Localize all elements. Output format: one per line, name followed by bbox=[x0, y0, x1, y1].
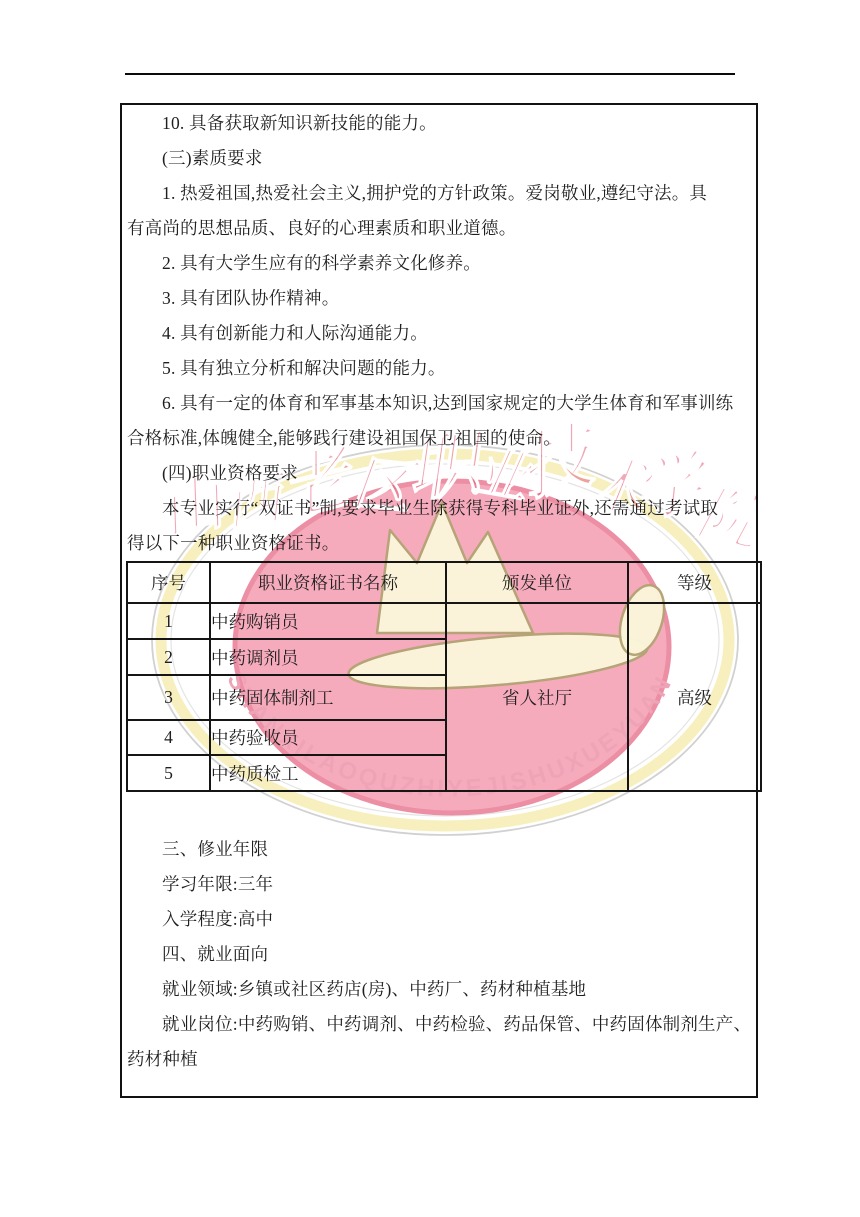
content-border-box: SHANXILAOQUZHIYEJISHUXUEYUAN 山 西 老 区 职 业… bbox=[120, 103, 758, 1098]
doc-line-employment-posts: 就业岗位:中药购销、中药调剂、中药检验、药品保管、中药固体制剂生产、 bbox=[127, 1007, 754, 1042]
cell-cert: 中药固体制剂工 bbox=[210, 675, 446, 720]
col-header-seq: 序号 bbox=[127, 562, 210, 603]
col-header-issuer: 颁发单位 bbox=[446, 562, 628, 603]
doc-line-quality-3: 3. 具有团队协作精神。 bbox=[127, 281, 754, 316]
cell-issuer-merged: 省人社厅 bbox=[446, 603, 628, 791]
doc-line-quality-1: 1. 热爱祖国,热爱社会主义,拥护党的方针政策。爱岗敬业,遵纪守法。具 bbox=[127, 176, 754, 211]
doc-line-employment-field: 就业领域:乡镇或社区药店(房)、中药厂、药材种植基地 bbox=[127, 972, 754, 1007]
doc-line-ability-10: 10. 具备获取新知识新技能的能力。 bbox=[127, 106, 754, 141]
cell-level-merged: 高级 bbox=[628, 603, 761, 791]
doc-line-quality-4: 4. 具有创新能力和人际沟通能力。 bbox=[127, 316, 754, 351]
cell-cert: 中药质检工 bbox=[210, 755, 446, 791]
cell-seq: 4 bbox=[127, 720, 210, 755]
doc-line-quality-6-cont: 合格标准,体魄健全,能够践行建设祖国保卫祖国的使命。 bbox=[127, 421, 754, 456]
certificates-table: 序号 职业资格证书名称 颁发单位 等级 1 中药购销员 省人社厅 高级 2 中药… bbox=[126, 561, 762, 792]
cell-seq: 5 bbox=[127, 755, 210, 791]
section-heading-quality: (三)素质要求 bbox=[127, 141, 754, 176]
cell-seq: 2 bbox=[127, 639, 210, 675]
doc-line-study-years: 学习年限:三年 bbox=[127, 867, 754, 902]
table-row: 1 中药购销员 省人社厅 高级 bbox=[127, 603, 761, 639]
section-heading-certs: (四)职业资格要求 bbox=[127, 456, 754, 491]
document-page: SHANXILAOQUZHIYEJISHUXUEYUAN 山 西 老 区 职 业… bbox=[0, 0, 860, 1217]
cell-cert: 中药调剂员 bbox=[210, 639, 446, 675]
doc-line-dual-cert: 本专业实行“双证书”制,要求毕业生除获得专科毕业证外,还需通过考试取 bbox=[127, 491, 754, 526]
page-header-rule bbox=[125, 73, 735, 75]
doc-line-employment-posts-cont: 药材种植 bbox=[127, 1042, 754, 1077]
doc-line-quality-5: 5. 具有独立分析和解决问题的能力。 bbox=[127, 351, 754, 386]
doc-line-dual-cert-cont: 得以下一种职业资格证书。 bbox=[127, 526, 754, 561]
col-header-cert: 职业资格证书名称 bbox=[210, 562, 446, 603]
lower-section: 三、修业年限 学习年限:三年 入学程度:高中 四、就业面向 就业领域:乡镇或社区… bbox=[127, 832, 754, 1077]
doc-line-quality-1-cont: 有高尚的思想品质、良好的心理素质和职业道德。 bbox=[127, 211, 754, 246]
doc-line-entry-level: 入学程度:高中 bbox=[127, 902, 754, 937]
table-header-row: 序号 职业资格证书名称 颁发单位 等级 bbox=[127, 562, 761, 603]
cell-seq: 3 bbox=[127, 675, 210, 720]
doc-line-quality-6: 6. 具有一定的体育和军事基本知识,达到国家规定的大学生体育和军事训练 bbox=[127, 386, 754, 421]
section-heading-employment: 四、就业面向 bbox=[127, 937, 754, 972]
cell-cert: 中药验收员 bbox=[210, 720, 446, 755]
section-heading-duration: 三、修业年限 bbox=[127, 832, 754, 867]
doc-line-quality-2: 2. 具有大学生应有的科学素养文化修养。 bbox=[127, 246, 754, 281]
cell-cert: 中药购销员 bbox=[210, 603, 446, 639]
document-content: 10. 具备获取新知识新技能的能力。 (三)素质要求 1. 热爱祖国,热爱社会主… bbox=[122, 105, 756, 1077]
cell-seq: 1 bbox=[127, 603, 210, 639]
col-header-level: 等级 bbox=[628, 562, 761, 603]
